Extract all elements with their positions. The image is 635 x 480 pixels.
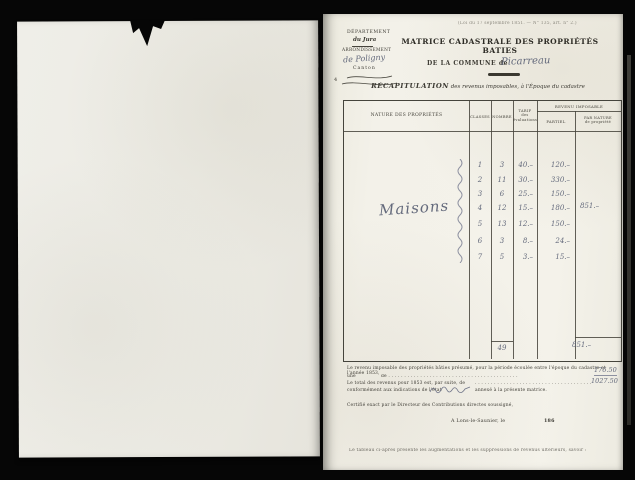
ornament-divider	[488, 73, 520, 76]
revenu-presume-value: 176.50	[594, 366, 617, 376]
table-row-tarif: 25.–	[509, 190, 533, 198]
revenu-presume-line-2a: une	[347, 374, 356, 379]
handwritten-brace	[455, 159, 465, 263]
leader-dots-2: . . . . . . . . . . . . . . . . . . . . …	[475, 381, 591, 386]
recap-table: NATURE DES PROPRIÉTÉS CLASSES NOMBRE TAR…	[343, 100, 622, 362]
conforme-line-a: conformément aux indications de l'état	[347, 388, 442, 393]
divider-rule	[352, 46, 373, 47]
table-row-tarif: 30.–	[509, 176, 533, 184]
table-row-partiel: 15.–	[537, 253, 570, 261]
table-row-classe: 7	[469, 253, 491, 261]
canton-label: Canton	[353, 66, 376, 71]
table-row-partiel: 120.–	[537, 161, 570, 169]
scanned-register-view: (Loi du 17 septembre 1851. — N° 135, art…	[0, 0, 635, 480]
table-row-classe: 5	[469, 220, 491, 228]
col-header-classes: CLASSES	[469, 115, 491, 119]
torn-edge-notch	[125, 20, 167, 47]
table-row-partiel: 180.–	[537, 204, 570, 212]
total-box-line	[491, 341, 513, 342]
document-title: MATRICE CADASTRALE DES PROPRIÉTÉS BATIES	[385, 38, 615, 55]
table-row-classe: 4	[469, 204, 491, 212]
departement-label: DÉPARTEMENT	[347, 30, 390, 35]
col-header-nature: NATURE DES PROPRIÉTÉS	[344, 113, 469, 118]
revenu-presume-line-2b: de	[381, 374, 387, 379]
certify-line: Certifié exact par le Directeur des Cont…	[347, 403, 513, 408]
col-header-partiel: PARTIEL	[537, 119, 575, 124]
col-header-par-nature-2: de propriété	[575, 120, 621, 124]
leader-dots: . . . . . . . . . . . . . . . . . . . . …	[388, 374, 517, 379]
col-header-tarif-3: évaluations	[513, 118, 537, 122]
nature-handwritten-value: Maisons	[378, 197, 449, 220]
total-par-nature-value: 851.–	[572, 341, 591, 349]
law-reference-note: (Loi du 17 septembre 1851. — N° 135, art…	[458, 21, 577, 26]
par-nature-total-value: 851.–	[580, 202, 599, 210]
col-line	[469, 101, 470, 359]
table-row-tarif: 12.–	[509, 220, 533, 228]
col-line	[537, 101, 538, 359]
table-row-tarif: 15.–	[509, 204, 533, 212]
recap-subtitle: des revenus imposables, à l'Époque du ca…	[451, 84, 585, 90]
col-line	[491, 101, 492, 359]
table-row-classe: 3	[469, 190, 491, 198]
place-date-line: A Lons-le-Saunier, le	[451, 419, 505, 425]
commune-handwritten-name: Picarreau	[501, 55, 551, 68]
header-bottom-line	[344, 131, 621, 132]
recap-heading: RÉCAPITULATION	[371, 82, 449, 90]
page-mark: 4	[334, 78, 337, 84]
table-row-partiel: 150.–	[537, 190, 570, 198]
matrice-page: (Loi du 17 septembre 1851. — N° 135, art…	[323, 14, 623, 470]
col-line	[575, 111, 576, 359]
table-row-tarif: 3.–	[509, 253, 533, 261]
bottom-note: Le tableau ci-après présente les augment…	[349, 448, 619, 453]
commune-prefix: DE LA COMMUNE de	[427, 61, 508, 68]
left-blank-page	[17, 20, 320, 457]
departement-value: du Jura	[353, 37, 376, 43]
table-row-tarif: 8.–	[509, 237, 533, 245]
table-row-tarif: 40.–	[509, 161, 533, 169]
total-revenus-value: 1027.50	[591, 377, 618, 385]
arrondissement-handwritten-value: de Poligny	[343, 53, 386, 65]
table-row-classe: 6	[469, 237, 491, 245]
total-box-line	[575, 337, 621, 338]
year-prefix: 186	[544, 419, 555, 425]
col-header-revenu: REVENU IMPOSABLE	[537, 104, 621, 109]
conforme-line-b: annexé à la présente matrice.	[475, 388, 547, 393]
revenu-band-line	[537, 111, 621, 112]
table-row-classe: 1	[469, 161, 491, 169]
handwritten-annotation	[429, 385, 471, 395]
table-row-partiel: 24.–	[537, 237, 570, 245]
table-row-partiel: 150.–	[537, 220, 570, 228]
adjacent-page-edge	[627, 55, 631, 425]
col-header-nombre: NOMBRE	[491, 115, 513, 119]
table-row-partiel: 330.–	[537, 176, 570, 184]
col-line	[513, 101, 514, 359]
table-row-classe: 2	[469, 176, 491, 184]
total-nombre-value: 49	[491, 344, 513, 352]
